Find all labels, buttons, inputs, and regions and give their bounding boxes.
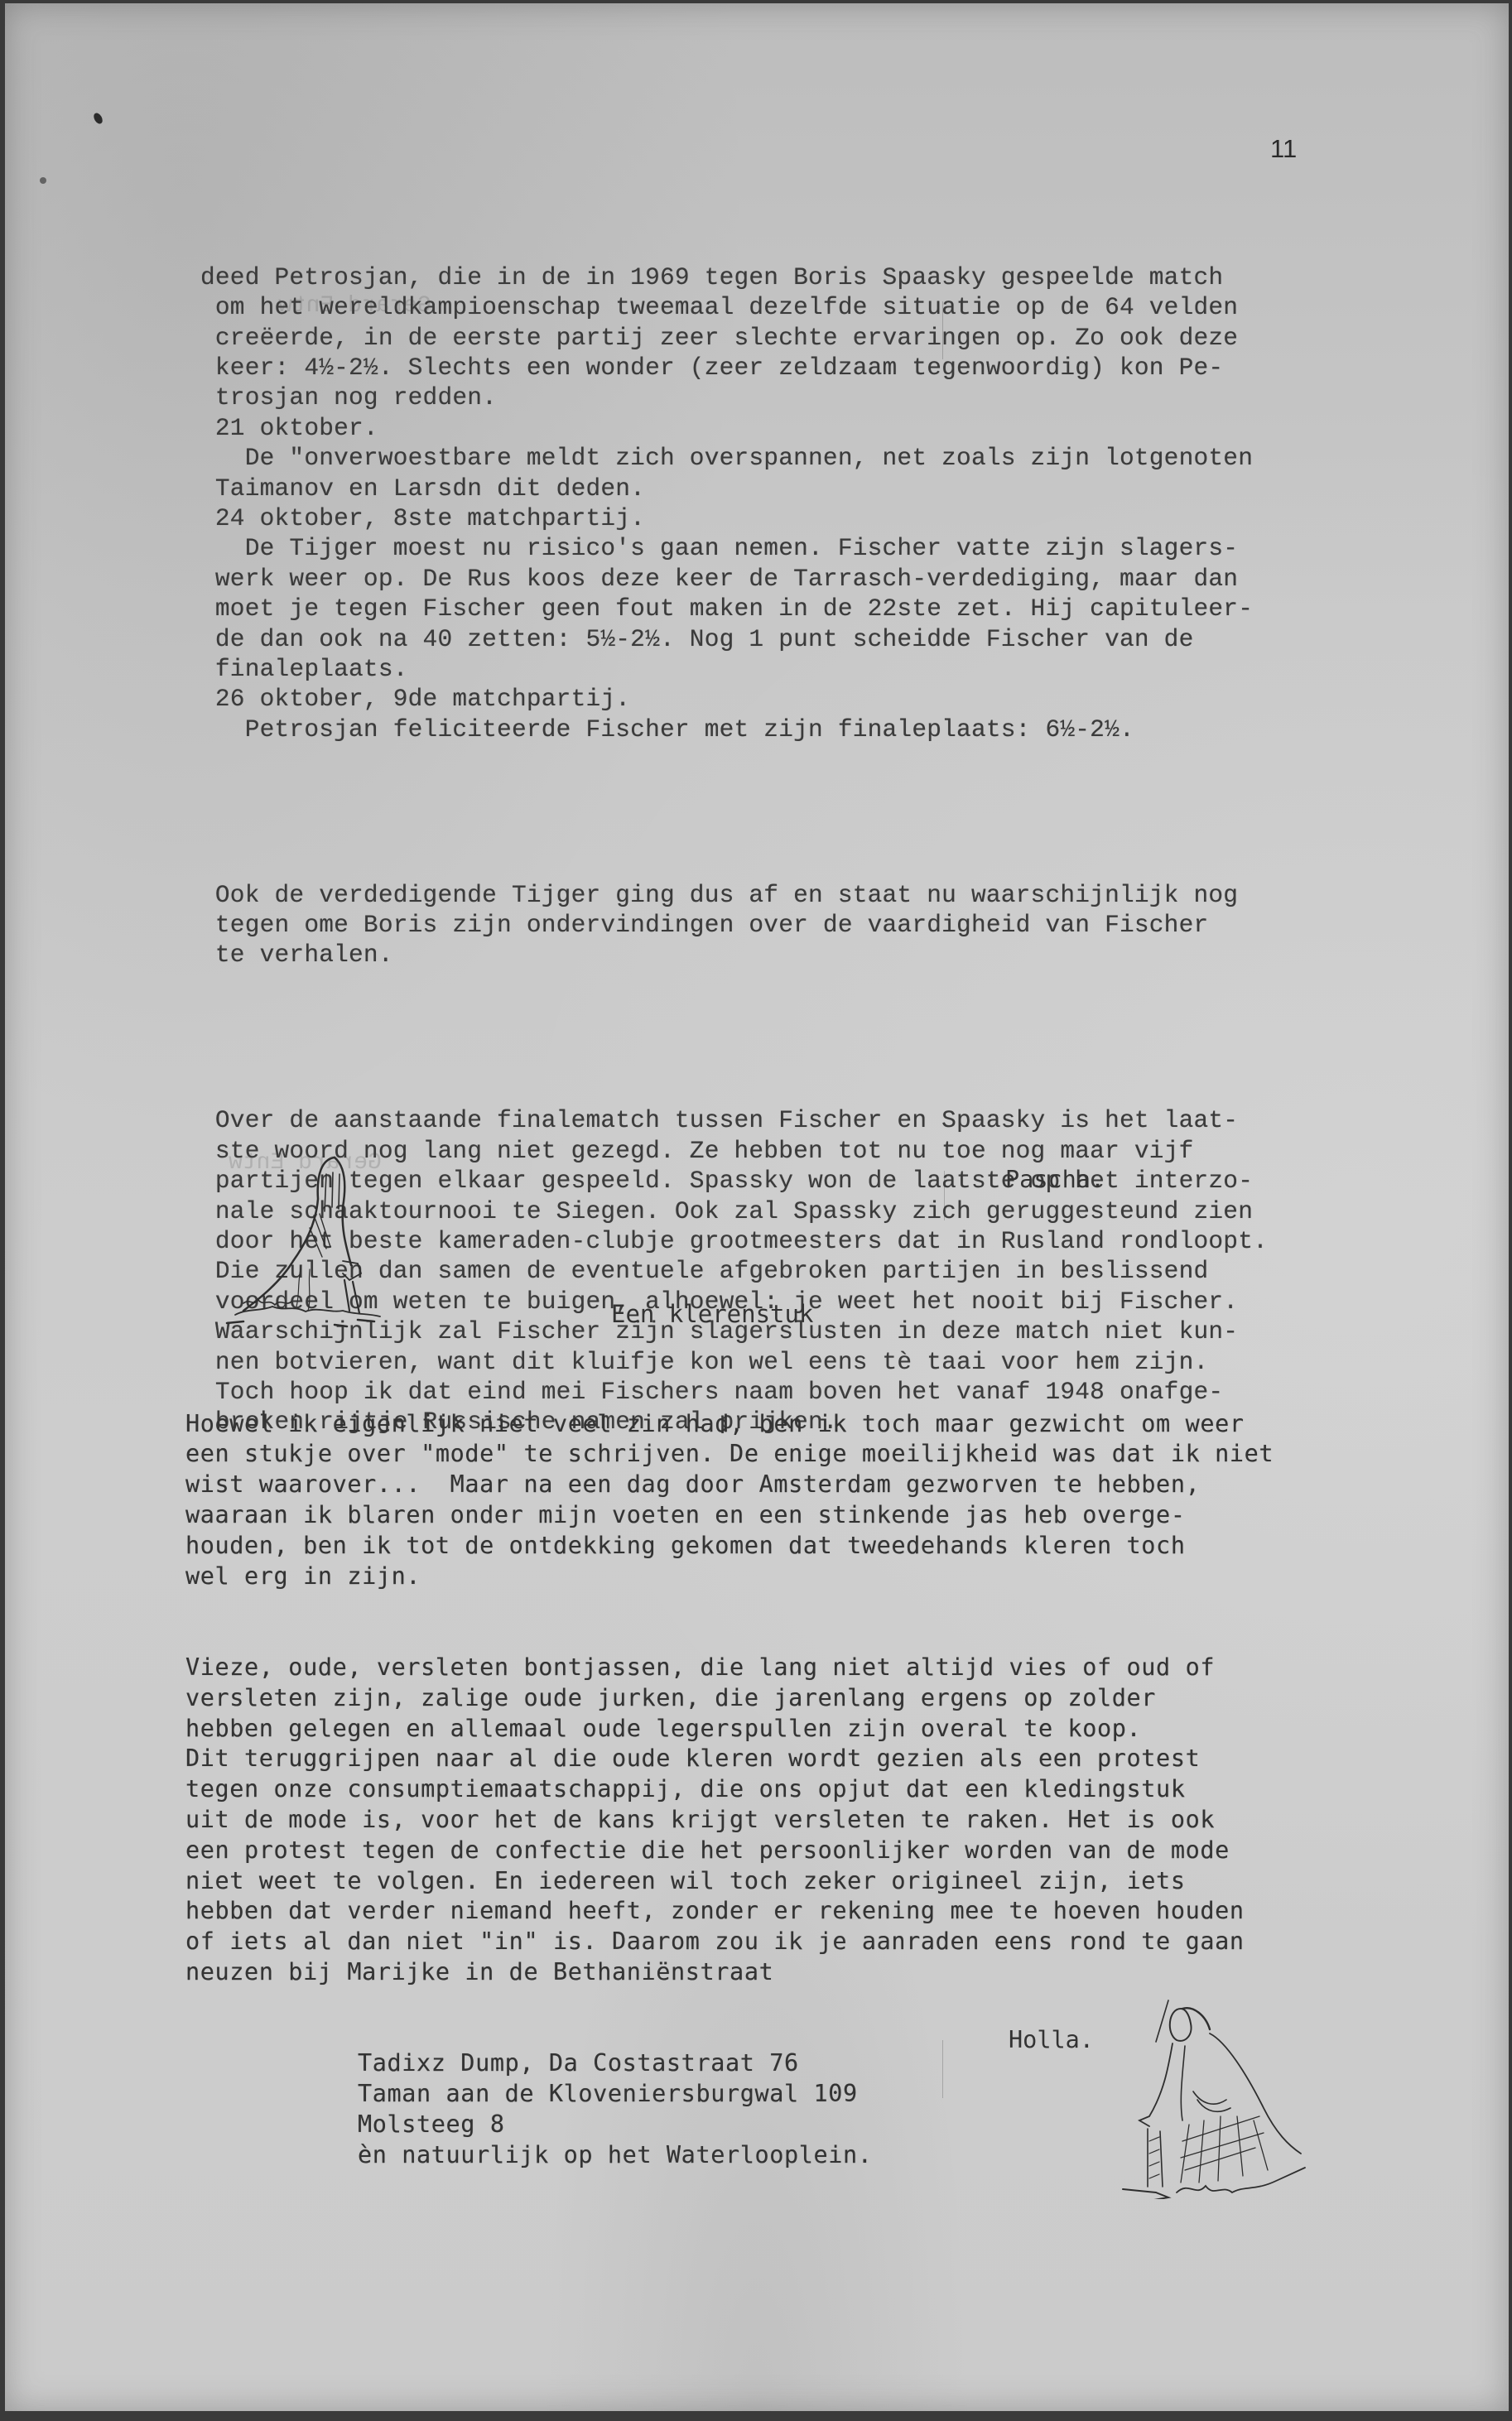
text-line: niet weet te volgen. En iedereen wil toc…: [185, 1866, 1274, 1897]
text-line: tegen ome Boris zijn ondervindingen over…: [200, 910, 1268, 940]
chess-signature: Pascha.: [1005, 1166, 1105, 1193]
scanned-page: Gerard Entw Gerard Entw 11 deed Petrosja…: [5, 3, 1509, 2411]
chess-paragraph-2: Ook de verdedigende Tijger ging dus af e…: [200, 880, 1268, 970]
text-line: een stukje over "mode" te schrijven. De …: [185, 1439, 1274, 1470]
dress-figure-sketch-icon: [1090, 1984, 1322, 2199]
clothes-article-title: Een klerenstuk: [611, 1300, 813, 1328]
chess-paragraph-1: deed Petrosjan, die in de in 1969 tegen …: [200, 262, 1268, 744]
text-line: houden, ben ik tot de ontdekking gekomen…: [185, 1531, 1274, 1562]
text-line: een protest tegen de confectie die het p…: [185, 1836, 1274, 1866]
text-line: 26 oktober, 9de matchpartij.: [200, 684, 1268, 714]
text-line: De "onverwoestbare meldt zich overspanne…: [200, 443, 1268, 473]
text-line: 21 oktober.: [200, 413, 1268, 443]
text-line: werk weer op. De Rus koos deze keer de T…: [200, 564, 1268, 594]
cloaked-figure-sketch-icon: [210, 1149, 392, 1331]
clothes-paragraph-1: Hoewel ik eigenlijk niet veel zin had, b…: [185, 1409, 1274, 1592]
text-line: hebben gelegen en allemaal oude legerspu…: [185, 1714, 1274, 1745]
text-line: De Tijger moest nu risico's gaan nemen. …: [200, 533, 1268, 563]
page-number: 11: [1270, 134, 1297, 164]
text-line: Dit teruggrijpen naar al die oude kleren…: [185, 1744, 1274, 1774]
text-line: creëerde, in de eerste partij zeer slech…: [200, 323, 1268, 353]
text-line: Petrosjan feliciteerde Fischer met zijn …: [200, 715, 1268, 744]
text-line: om het wereldkampioenschap tweemaal deze…: [200, 292, 1268, 322]
text-line: de dan ook na 40 zetten: 5½-2½. Nog 1 pu…: [200, 624, 1268, 654]
text-line: Hoewel ik eigenlijk niet veel zin had, b…: [185, 1409, 1274, 1440]
text-line: Ook de verdedigende Tijger ging dus af e…: [200, 880, 1268, 910]
text-line: wel erg in zijn.: [185, 1562, 1274, 1592]
text-line: of iets al dan niet "in" is. Daarom zou …: [185, 1927, 1274, 1957]
text-line: tegen onze consumptiemaatschappij, die o…: [185, 1774, 1274, 1805]
text-line: 24 oktober, 8ste matchpartij.: [200, 503, 1268, 533]
clothes-paragraph-2: Vieze, oude, versleten bontjassen, die l…: [185, 1653, 1274, 1988]
text-line: trosjan nog redden.: [200, 383, 1268, 412]
text-line: Over de aanstaande finalematch tussen Fi…: [200, 1105, 1268, 1135]
text-line: wist waarover... Maar na een dag door Am…: [185, 1470, 1274, 1500]
clothes-signature: Holla.: [1009, 2026, 1094, 2053]
text-line: uit de mode is, voor het de kans krijgt …: [185, 1805, 1274, 1836]
ink-speck: [92, 112, 104, 126]
text-line: deed Petrosjan, die in de in 1969 tegen …: [200, 262, 1268, 292]
text-line: te verhalen.: [200, 940, 1268, 970]
text-line: finaleplaats.: [200, 654, 1268, 684]
text-line: Taimanov en Larsdn dit deden.: [200, 474, 1268, 503]
text-line: versleten zijn, zalige oude jurken, die …: [185, 1683, 1274, 1714]
text-line: keer: 4½-2½. Slechts een wonder (zeer ze…: [200, 353, 1268, 383]
text-line: hebben dat verder niemand heeft, zonder …: [185, 1896, 1274, 1927]
text-line: moet je tegen Fischer geen fout maken in…: [200, 594, 1268, 623]
ink-speck: [40, 177, 46, 184]
text-line: waaraan ik blaren onder mijn voeten en e…: [185, 1500, 1274, 1531]
text-line: Vieze, oude, versleten bontjassen, die l…: [185, 1653, 1274, 1683]
